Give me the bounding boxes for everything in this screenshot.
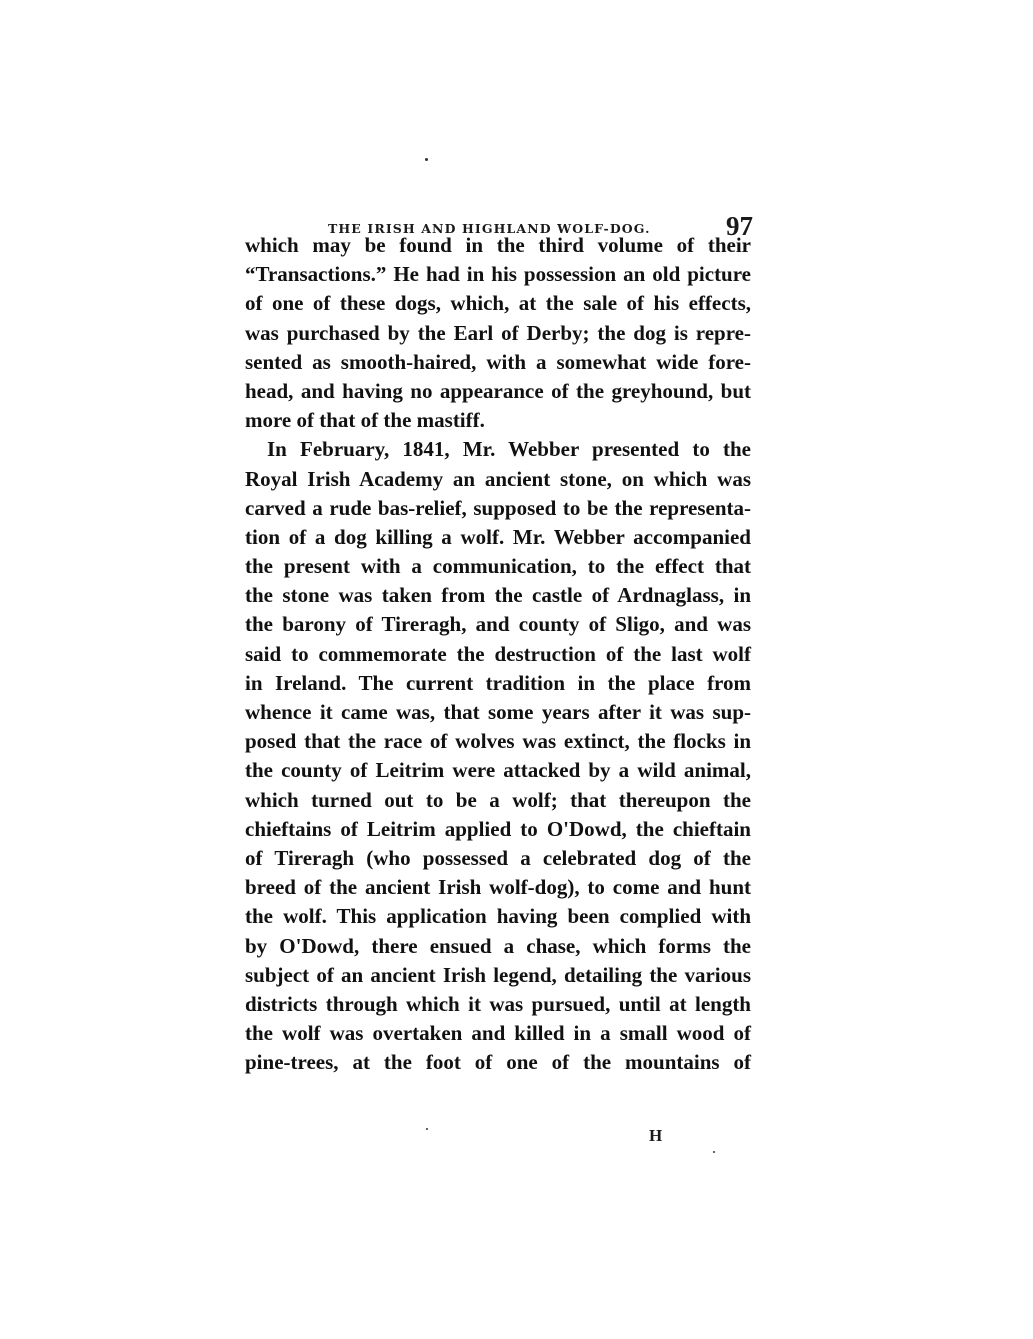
text-line: the wolf was overtaken and killed in a s… [245,1019,751,1048]
text-line: the county of Leitrim were attacked by a… [245,756,751,785]
paragraph-1: which may be found in the third volume o… [245,231,751,435]
text-line: the present with a communication, to the… [245,552,751,581]
text-line: which may be found in the third volume o… [245,231,751,260]
book-page: THE IRISH AND HIGHLAND WOLF-DOG. 97 whic… [0,0,1033,1339]
text-line: carved a rude bas-relief, supposed to be… [245,494,751,523]
text-line: posed that the race of wolves was extinc… [245,727,751,756]
text-line: by O'Dowd, there ensued a chase, which f… [245,932,751,961]
text-line: breed of the ancient Irish wolf-dog), to… [245,873,751,902]
text-line: said to commemorate the destruction of t… [245,640,751,669]
text-line: of Tireragh (who possessed a celebrated … [245,844,751,873]
text-line: which turned out to be a wolf; that ther… [245,786,751,815]
text-line: Royal Irish Academy an ancient stone, on… [245,465,751,494]
text-line: subject of an ancient Irish legend, deta… [245,961,751,990]
text-line: In February, 1841, Mr. Webber presented … [245,435,751,464]
text-line: the wolf. This application having been c… [245,902,751,931]
text-line: in Ireland. The current tradition in the… [245,669,751,698]
text-line: chieftains of Leitrim applied to O'Dowd,… [245,815,751,844]
text-line: pine-trees, at the foot of one of the mo… [245,1048,751,1077]
text-line [245,1107,751,1136]
text-line: of one of these dogs, which, at the sale… [245,289,751,318]
text-line [245,1077,751,1106]
scan-speck [425,158,428,161]
scan-speck [713,1151,715,1153]
signature-mark: H [649,1126,662,1146]
text-line: the barony of Tireragh, and county of Sl… [245,610,751,639]
text-line: the stone was taken from the castle of A… [245,581,751,610]
text-line: whence it came was, that some years afte… [245,698,751,727]
text-line: sented as smooth-haired, with a somewhat… [245,348,751,377]
text-line: tion of a dog killing a wolf. Mr. Webber… [245,523,751,552]
text-line: more of that of the mastiff. [245,406,751,435]
text-line: head, and having no appearance of the gr… [245,377,751,406]
text-line: districts through which it was pursued, … [245,990,751,1019]
text-line: was purchased by the Earl of Derby; the … [245,319,751,348]
text-line: “Transactions.” He had in his possession… [245,260,751,289]
paragraph-2: In February, 1841, Mr. Webber presented … [245,435,751,1136]
body-text: which may be found in the third volume o… [245,231,751,1136]
